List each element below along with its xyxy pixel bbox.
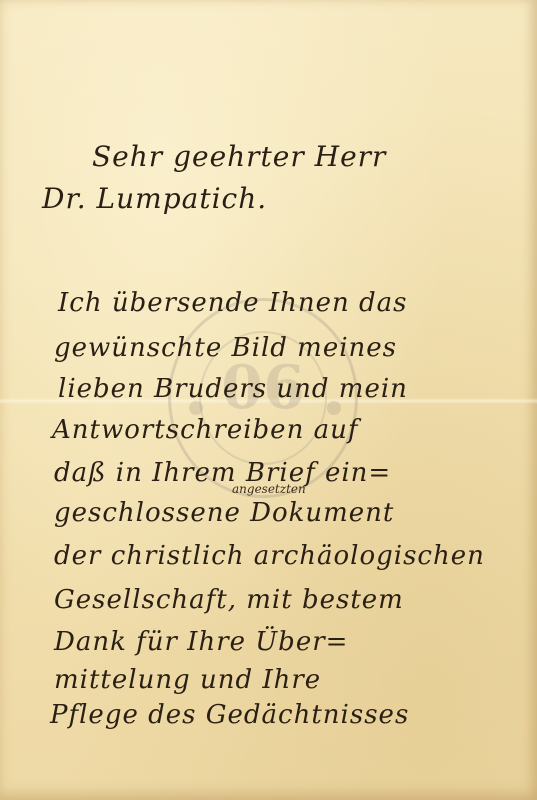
salutation-line-1: Sehr geehrter Herr (92, 140, 386, 173)
body-line-5: daß in Ihrem Brief ein= (54, 458, 391, 488)
body-line-4: Antwortschreiben auf (52, 415, 358, 445)
body-line-8: Gesellschaft, mit bestem (54, 585, 404, 615)
body-line-6: geschlossene Dokument (54, 498, 394, 528)
body-line-7: der christlich archäologischen (54, 541, 485, 571)
letter-content: Sehr geehrter Herr Dr. Lumpatich. Ich üb… (0, 0, 537, 800)
insertion-note: angesetzten (232, 482, 306, 496)
salutation-line-2: Dr. Lumpatich. (42, 182, 267, 215)
body-line-3: lieben Bruders und mein (58, 374, 408, 404)
body-line-10: mittelung und Ihre (54, 665, 321, 695)
body-line-1: Ich übersende Ihnen das (58, 288, 407, 318)
body-line-9: Dank für Ihre Über= (54, 627, 348, 657)
body-line-2: gewünschte Bild meines (54, 333, 397, 363)
body-line-11: Pflege des Gedächtnisses (50, 700, 409, 730)
